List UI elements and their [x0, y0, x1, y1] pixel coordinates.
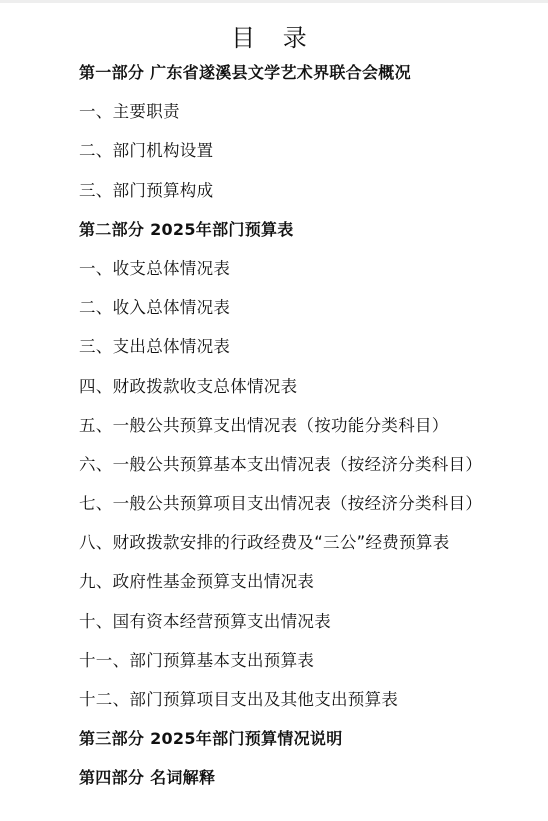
- toc-item[interactable]: 十、国有资本经营预算支出情况表: [79, 607, 482, 646]
- toc-item[interactable]: 十一、部门预算基本支出预算表: [79, 646, 482, 685]
- toc-item[interactable]: 一、主要职责: [79, 97, 482, 136]
- page-title: 目 录: [0, 22, 548, 54]
- toc-item[interactable]: 十二、部门预算项目支出及其他支出预算表: [79, 685, 482, 724]
- toc-item[interactable]: 五、一般公共预算支出情况表（按功能分类科目）: [79, 411, 482, 450]
- top-border: [0, 0, 548, 3]
- toc-item[interactable]: 三、支出总体情况表: [79, 332, 482, 371]
- toc-item[interactable]: 四、财政拨款收支总体情况表: [79, 372, 482, 411]
- toc-item[interactable]: 三、部门预算构成: [79, 176, 482, 215]
- table-of-contents: 第一部分 广东省遂溪县文学艺术界联合会概况 一、主要职责 二、部门机构设置 三、…: [79, 58, 482, 803]
- toc-item[interactable]: 九、政府性基金预算支出情况表: [79, 567, 482, 606]
- toc-item[interactable]: 七、一般公共预算项目支出情况表（按经济分类科目）: [79, 489, 482, 528]
- toc-item[interactable]: 一、收支总体情况表: [79, 254, 482, 293]
- toc-item[interactable]: 六、一般公共预算基本支出情况表（按经济分类科目）: [79, 450, 482, 489]
- toc-part-4[interactable]: 第四部分 名词解释: [79, 763, 482, 802]
- toc-part-2[interactable]: 第二部分 2025年部门预算表: [79, 215, 482, 254]
- toc-part-1[interactable]: 第一部分 广东省遂溪县文学艺术界联合会概况: [79, 58, 482, 97]
- toc-item[interactable]: 二、收入总体情况表: [79, 293, 482, 332]
- toc-item[interactable]: 二、部门机构设置: [79, 136, 482, 175]
- toc-item[interactable]: 八、财政拨款安排的行政经费及“三公”经费预算表: [79, 528, 482, 567]
- toc-part-3[interactable]: 第三部分 2025年部门预算情况说明: [79, 724, 482, 763]
